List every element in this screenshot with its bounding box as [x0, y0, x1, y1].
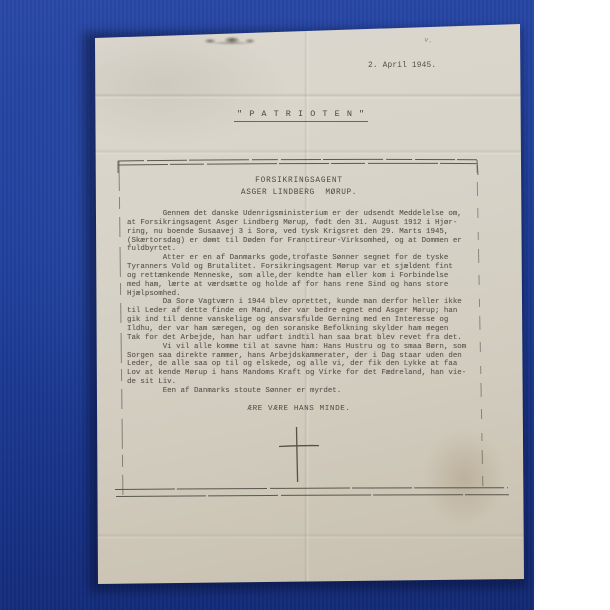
- memorial-cross-icon: [92, 23, 526, 586]
- document-paper: v. 2. April 1945. " P A T R I O T E N " …: [92, 23, 526, 586]
- product-photo-frame: v. 2. April 1945. " P A T R I O T E N " …: [0, 0, 610, 610]
